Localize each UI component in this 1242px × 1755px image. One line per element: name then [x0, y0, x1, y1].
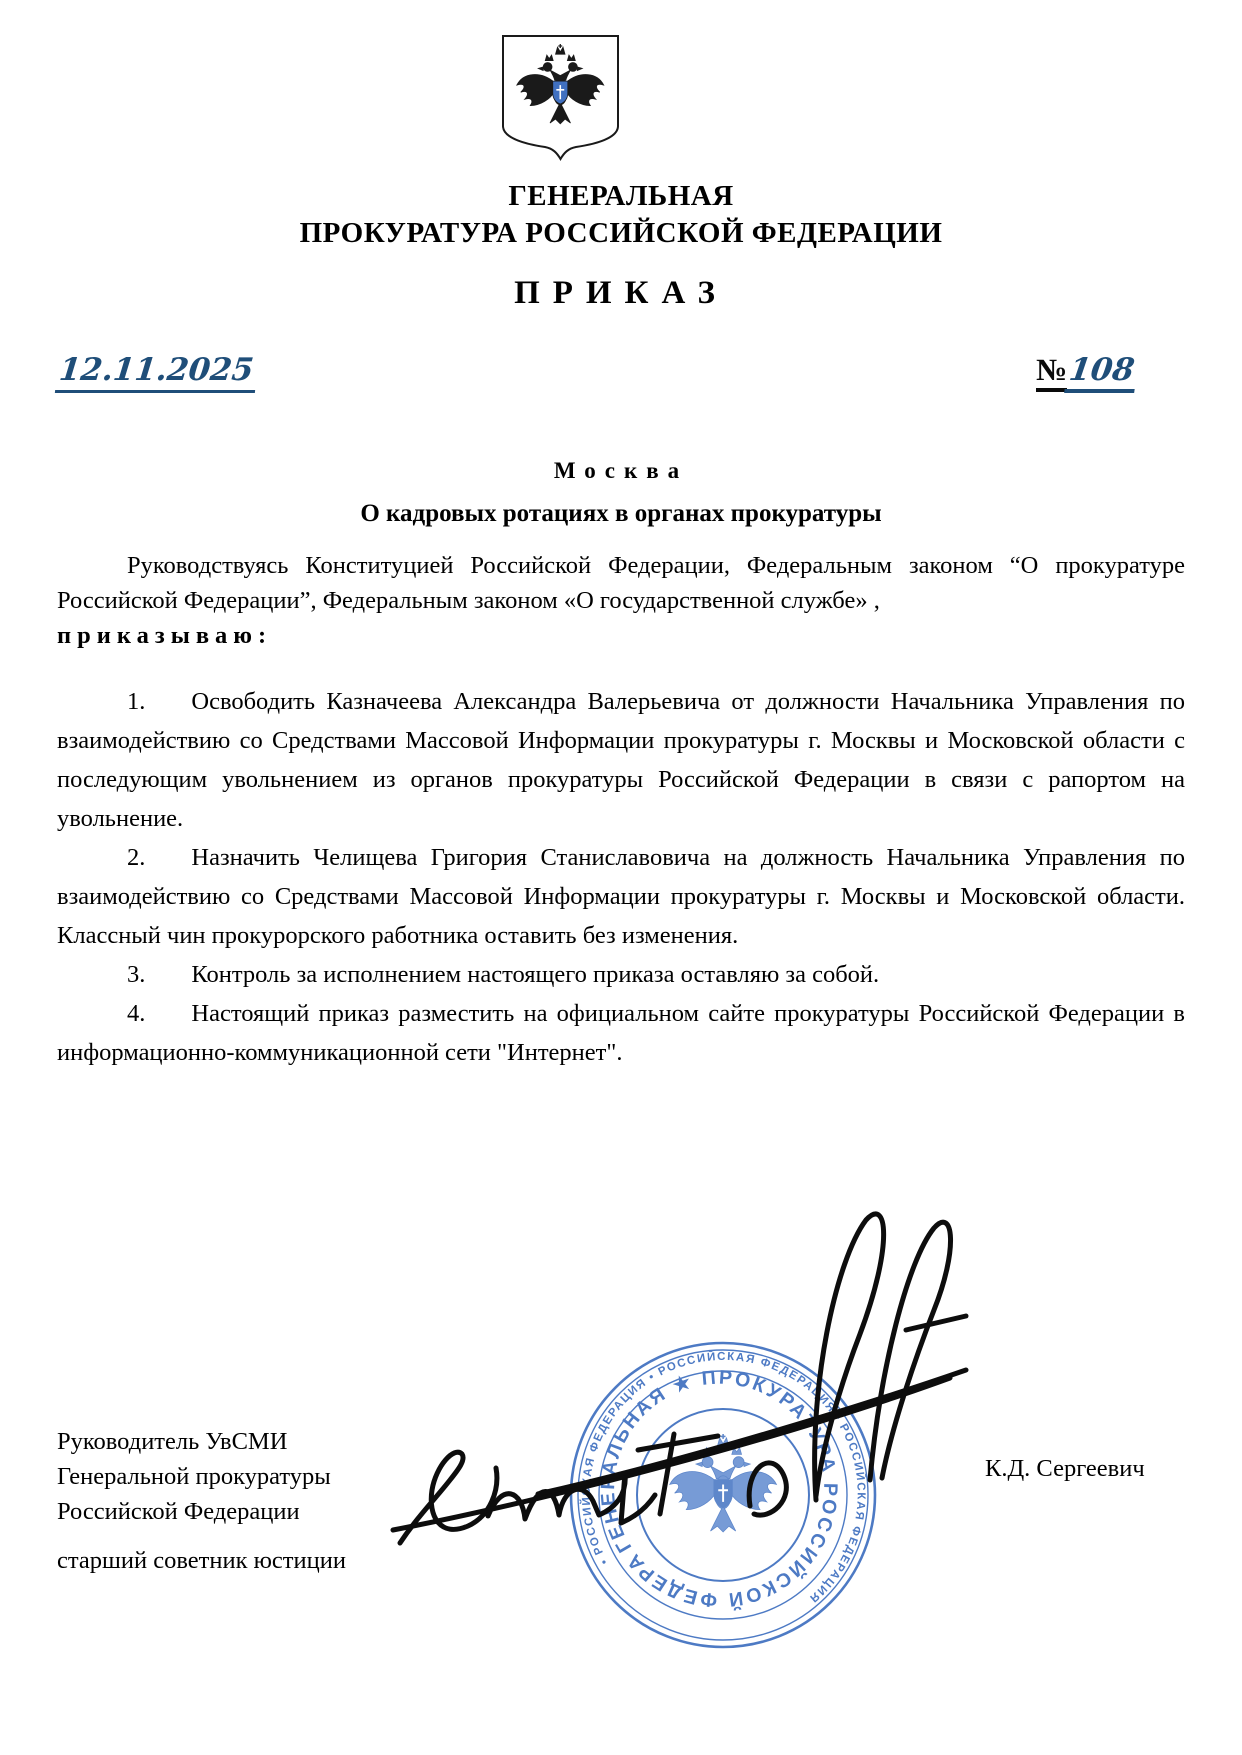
city-label: Москва [0, 458, 1242, 484]
item-number: 2. [127, 844, 191, 871]
item-text: Назначить Челищева Григория Станиславови… [57, 844, 1185, 949]
handwritten-date: 12.11.2025 [55, 352, 259, 393]
preamble-paragraph: Руководствуясь Конституцией Российской Ф… [57, 548, 1185, 618]
order-item-2: 2.Назначить Челищева Григория Станиславо… [57, 838, 1185, 955]
order-body: Руководствуясь Конституцией Российской Ф… [57, 548, 1185, 1072]
order-item-1: 1.Освободить Казначеева Александра Валер… [57, 682, 1185, 838]
signer-name: К.Д. Сергеевич [985, 1455, 1145, 1483]
org-name-line2: ПРОКУРАТУРА РОССИЙСКОЙ ФЕДЕРАЦИИ [0, 215, 1242, 252]
signer-position-block: Руководитель УвСМИ Генеральной прокурату… [57, 1424, 346, 1578]
handwritten-number: 108 [1064, 352, 1139, 393]
item-text: Настоящий приказ разместить на официальн… [57, 1000, 1185, 1066]
org-name: ГЕНЕРАЛЬНАЯ ПРОКУРАТУРА РОССИЙСКОЙ ФЕДЕР… [0, 178, 1242, 252]
number-sign: № [1036, 352, 1067, 392]
order-number: №108 [1036, 352, 1137, 393]
handwritten-signature [388, 1198, 973, 1563]
signer-position-line3: Российской Федерации [57, 1494, 346, 1529]
coat-of-arms-emblem [497, 33, 624, 163]
order-item-3: 3.Контроль за исполнением настоящего при… [57, 955, 1185, 994]
signer-position-line2: Генеральной прокуратуры [57, 1459, 346, 1494]
decree-word: приказываю: [57, 618, 1185, 653]
document-type-title: ПРИКАЗ [0, 275, 1242, 312]
item-text: Контроль за исполнением настоящего прика… [191, 961, 879, 988]
order-document-page: ГЕНЕРАЛЬНАЯ ПРОКУРАТУРА РОССИЙСКОЙ ФЕДЕР… [0, 0, 1242, 1755]
item-text: Освободить Казначеева Александра Валерье… [57, 688, 1185, 832]
signer-position-line1: Руководитель УвСМИ [57, 1424, 346, 1459]
item-number: 3. [127, 961, 191, 988]
subject-line: О кадровых ротациях в органах прокуратур… [0, 500, 1242, 528]
signer-rank: старший советник юстиции [57, 1543, 346, 1578]
item-number: 1. [127, 688, 191, 715]
date-number-line: 12.11.2025 №108 [0, 348, 1242, 398]
order-item-4: 4.Настоящий приказ разместить на официал… [57, 994, 1185, 1072]
org-name-line1: ГЕНЕРАЛЬНАЯ [0, 178, 1242, 215]
order-items: 1.Освободить Казначеева Александра Валер… [57, 682, 1185, 1072]
item-number: 4. [127, 1000, 191, 1027]
